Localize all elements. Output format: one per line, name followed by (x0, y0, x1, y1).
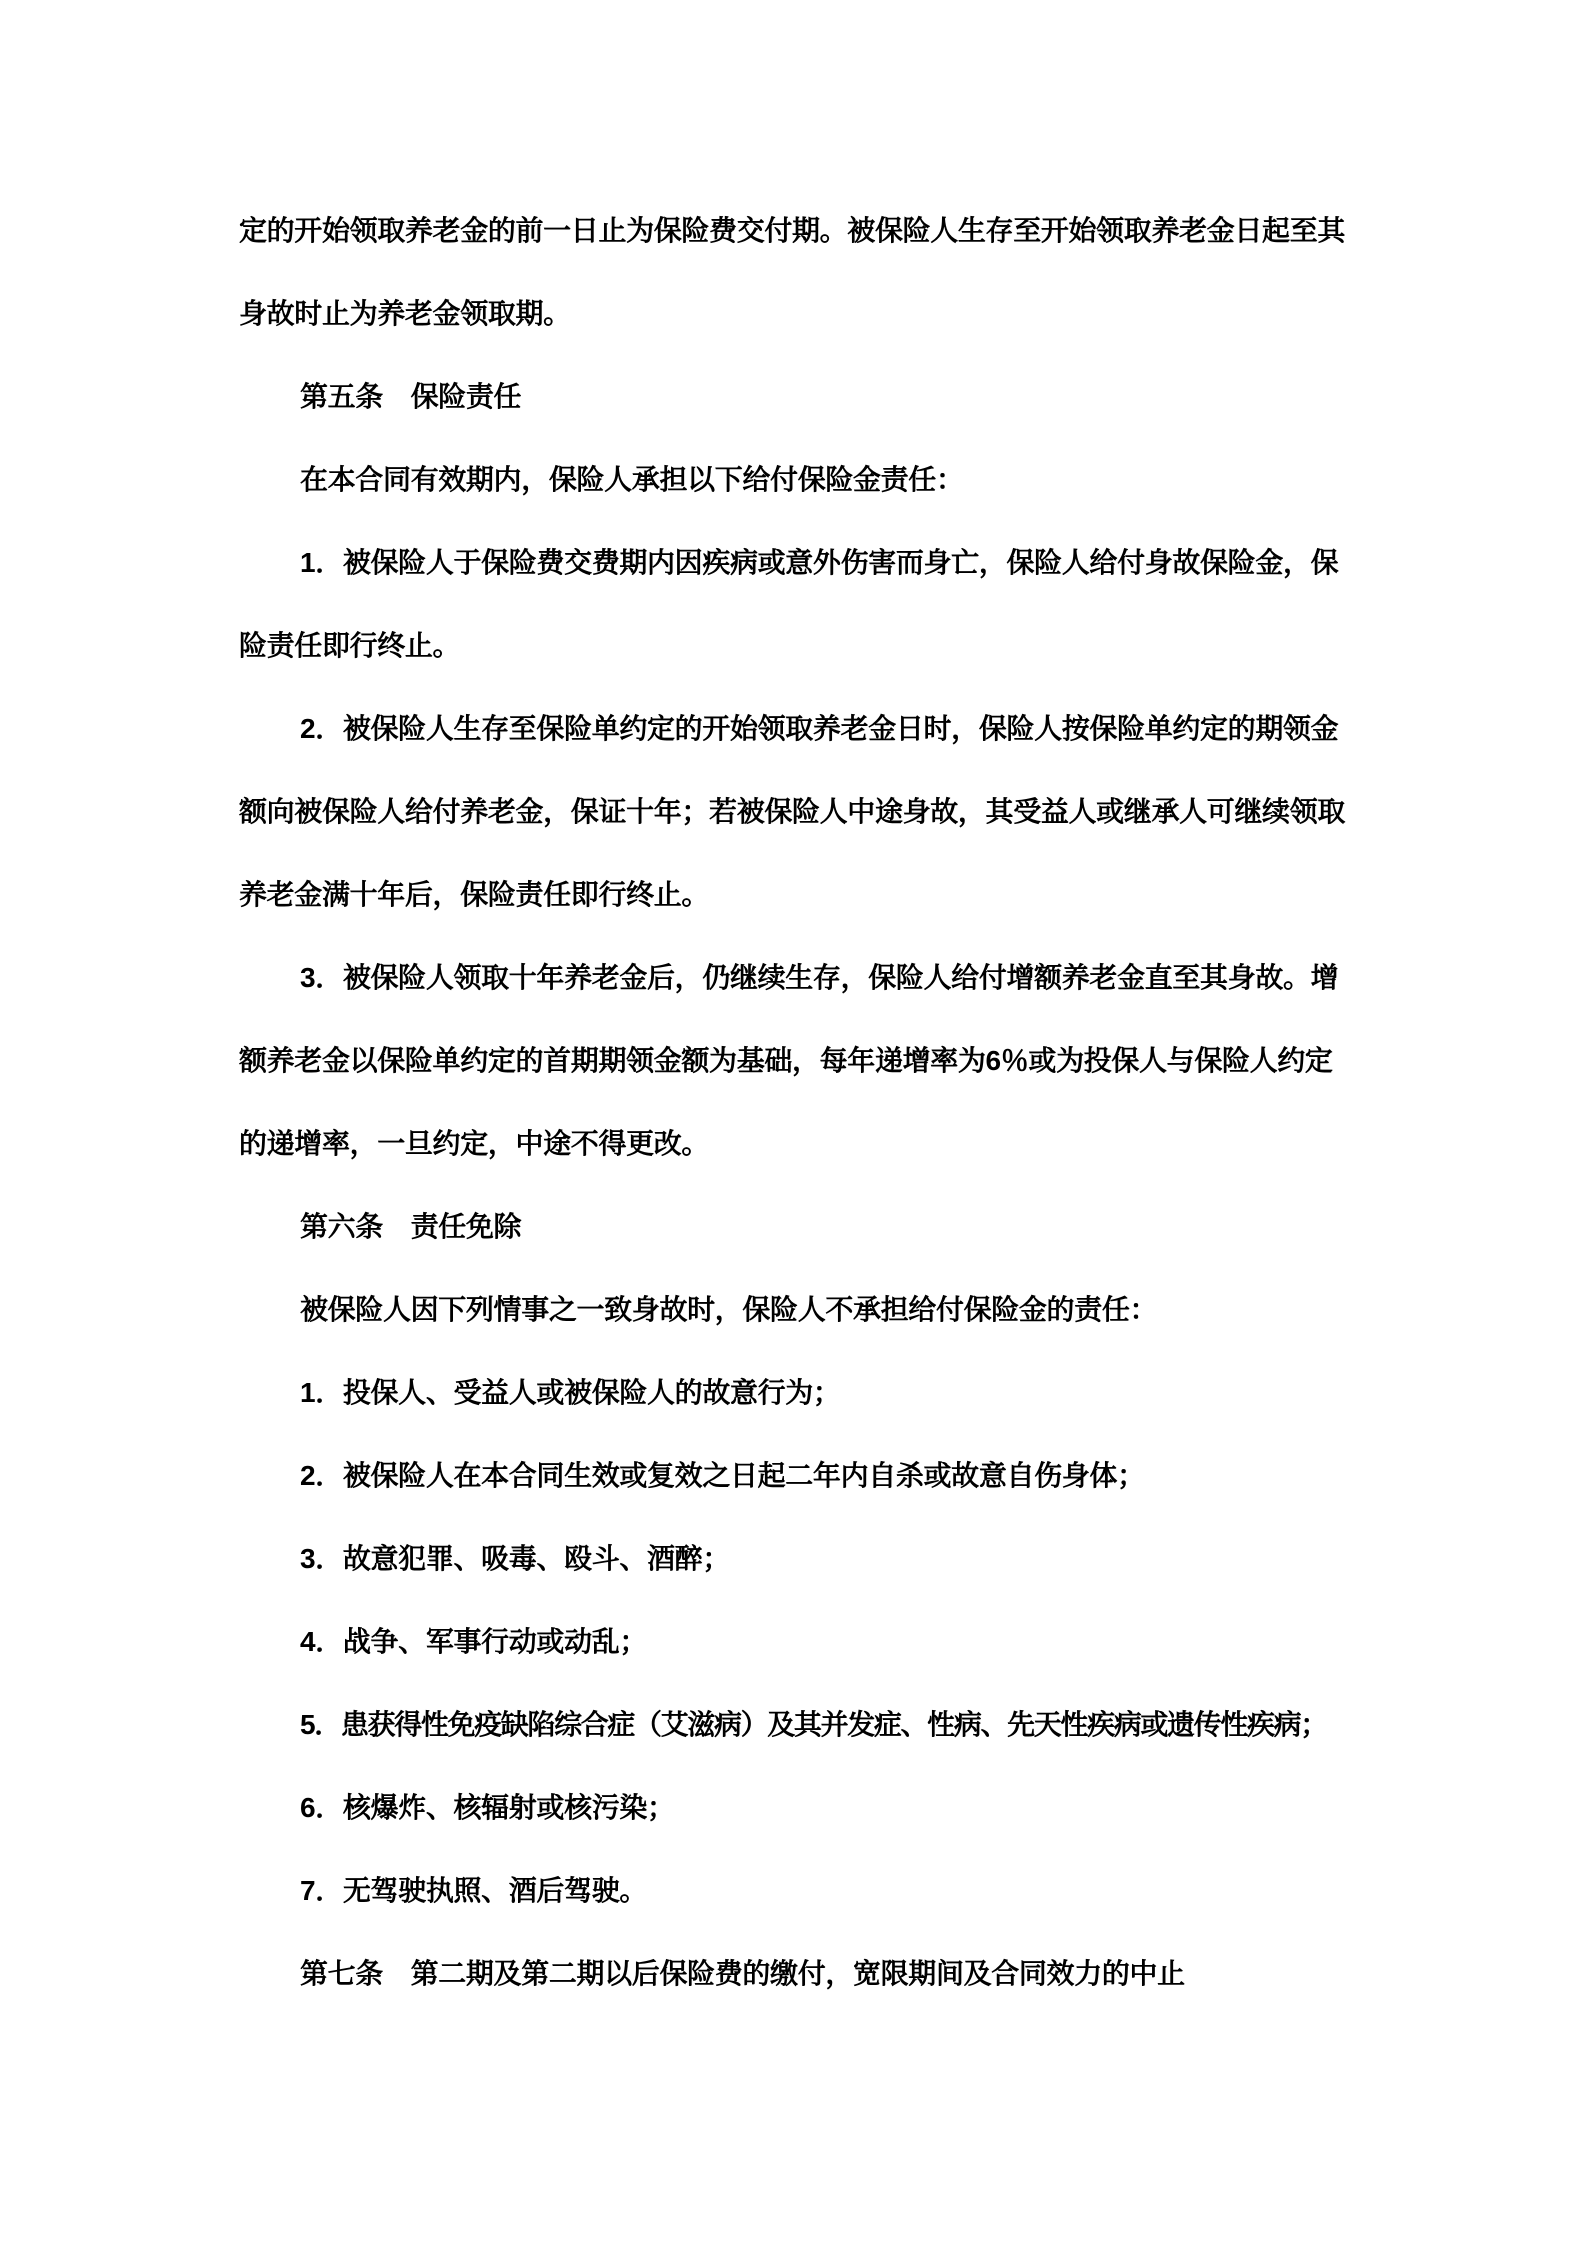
text-line: 在本合同有效期内，保险人承担以下给付保险金责任： (239, 438, 1349, 521)
section-heading: 第六条 责任免除 (239, 1185, 1349, 1268)
text-line: 被保险人因下列情事之一致身故时，保险人不承担给付保险金的责任： (239, 1268, 1349, 1351)
text-line: 6．核爆炸、核辐射或核污染； (239, 1766, 1349, 1849)
text-line: 险责任即行终止。 (239, 604, 1349, 687)
text-line: 5．患获得性免疫缺陷综合症（艾滋病）及其并发症、性病、先天性疾病或遗传性疾病； (239, 1683, 1349, 1766)
section-heading: 第七条 第二期及第二期以后保险费的缴付，宽限期间及合同效力的中止 (239, 1932, 1349, 2015)
text-line: 的递增率，一旦约定，中途不得更改。 (239, 1102, 1349, 1185)
text-line: 4．战争、军事行动或动乱； (239, 1600, 1349, 1683)
section-heading: 第五条 保险责任 (239, 355, 1349, 438)
text-line: 身故时止为养老金领取期。 (239, 272, 1349, 355)
text-line: 额向被保险人给付养老金，保证十年；若被保险人中途身故，其受益人或继承人可继续领取 (239, 770, 1349, 853)
text-line: 2．被保险人生存至保险单约定的开始领取养老金日时，保险人按保险单约定的期领金 (239, 687, 1349, 770)
text-line: 额养老金以保险单约定的首期期领金额为基础，每年递增率为6％或为投保人与保险人约定 (239, 1019, 1349, 1102)
text-line: 2．被保险人在本合同生效或复效之日起二年内自杀或故意自伤身体； (239, 1434, 1349, 1517)
text-line: 3．被保险人领取十年养老金后，仍继续生存，保险人给付增额养老金直至其身故。增 (239, 936, 1349, 1019)
text-line: 定的开始领取养老金的前一日止为保险费交付期。被保险人生存至开始领取养老金日起至其 (239, 189, 1349, 272)
document-page: 定的开始领取养老金的前一日止为保险费交付期。被保险人生存至开始领取养老金日起至其… (0, 0, 1586, 2244)
text-line: 1．被保险人于保险费交费期内因疾病或意外伤害而身亡，保险人给付身故保险金，保 (239, 521, 1349, 604)
text-line: 养老金满十年后，保险责任即行终止。 (239, 853, 1349, 936)
text-line: 1．投保人、受益人或被保险人的故意行为； (239, 1351, 1349, 1434)
text-line: 3．故意犯罪、吸毒、殴斗、酒醉； (239, 1517, 1349, 1600)
text-line: 7．无驾驶执照、酒后驾驶。 (239, 1849, 1349, 1932)
document-text-block: 定的开始领取养老金的前一日止为保险费交付期。被保险人生存至开始领取养老金日起至其… (239, 189, 1349, 2015)
